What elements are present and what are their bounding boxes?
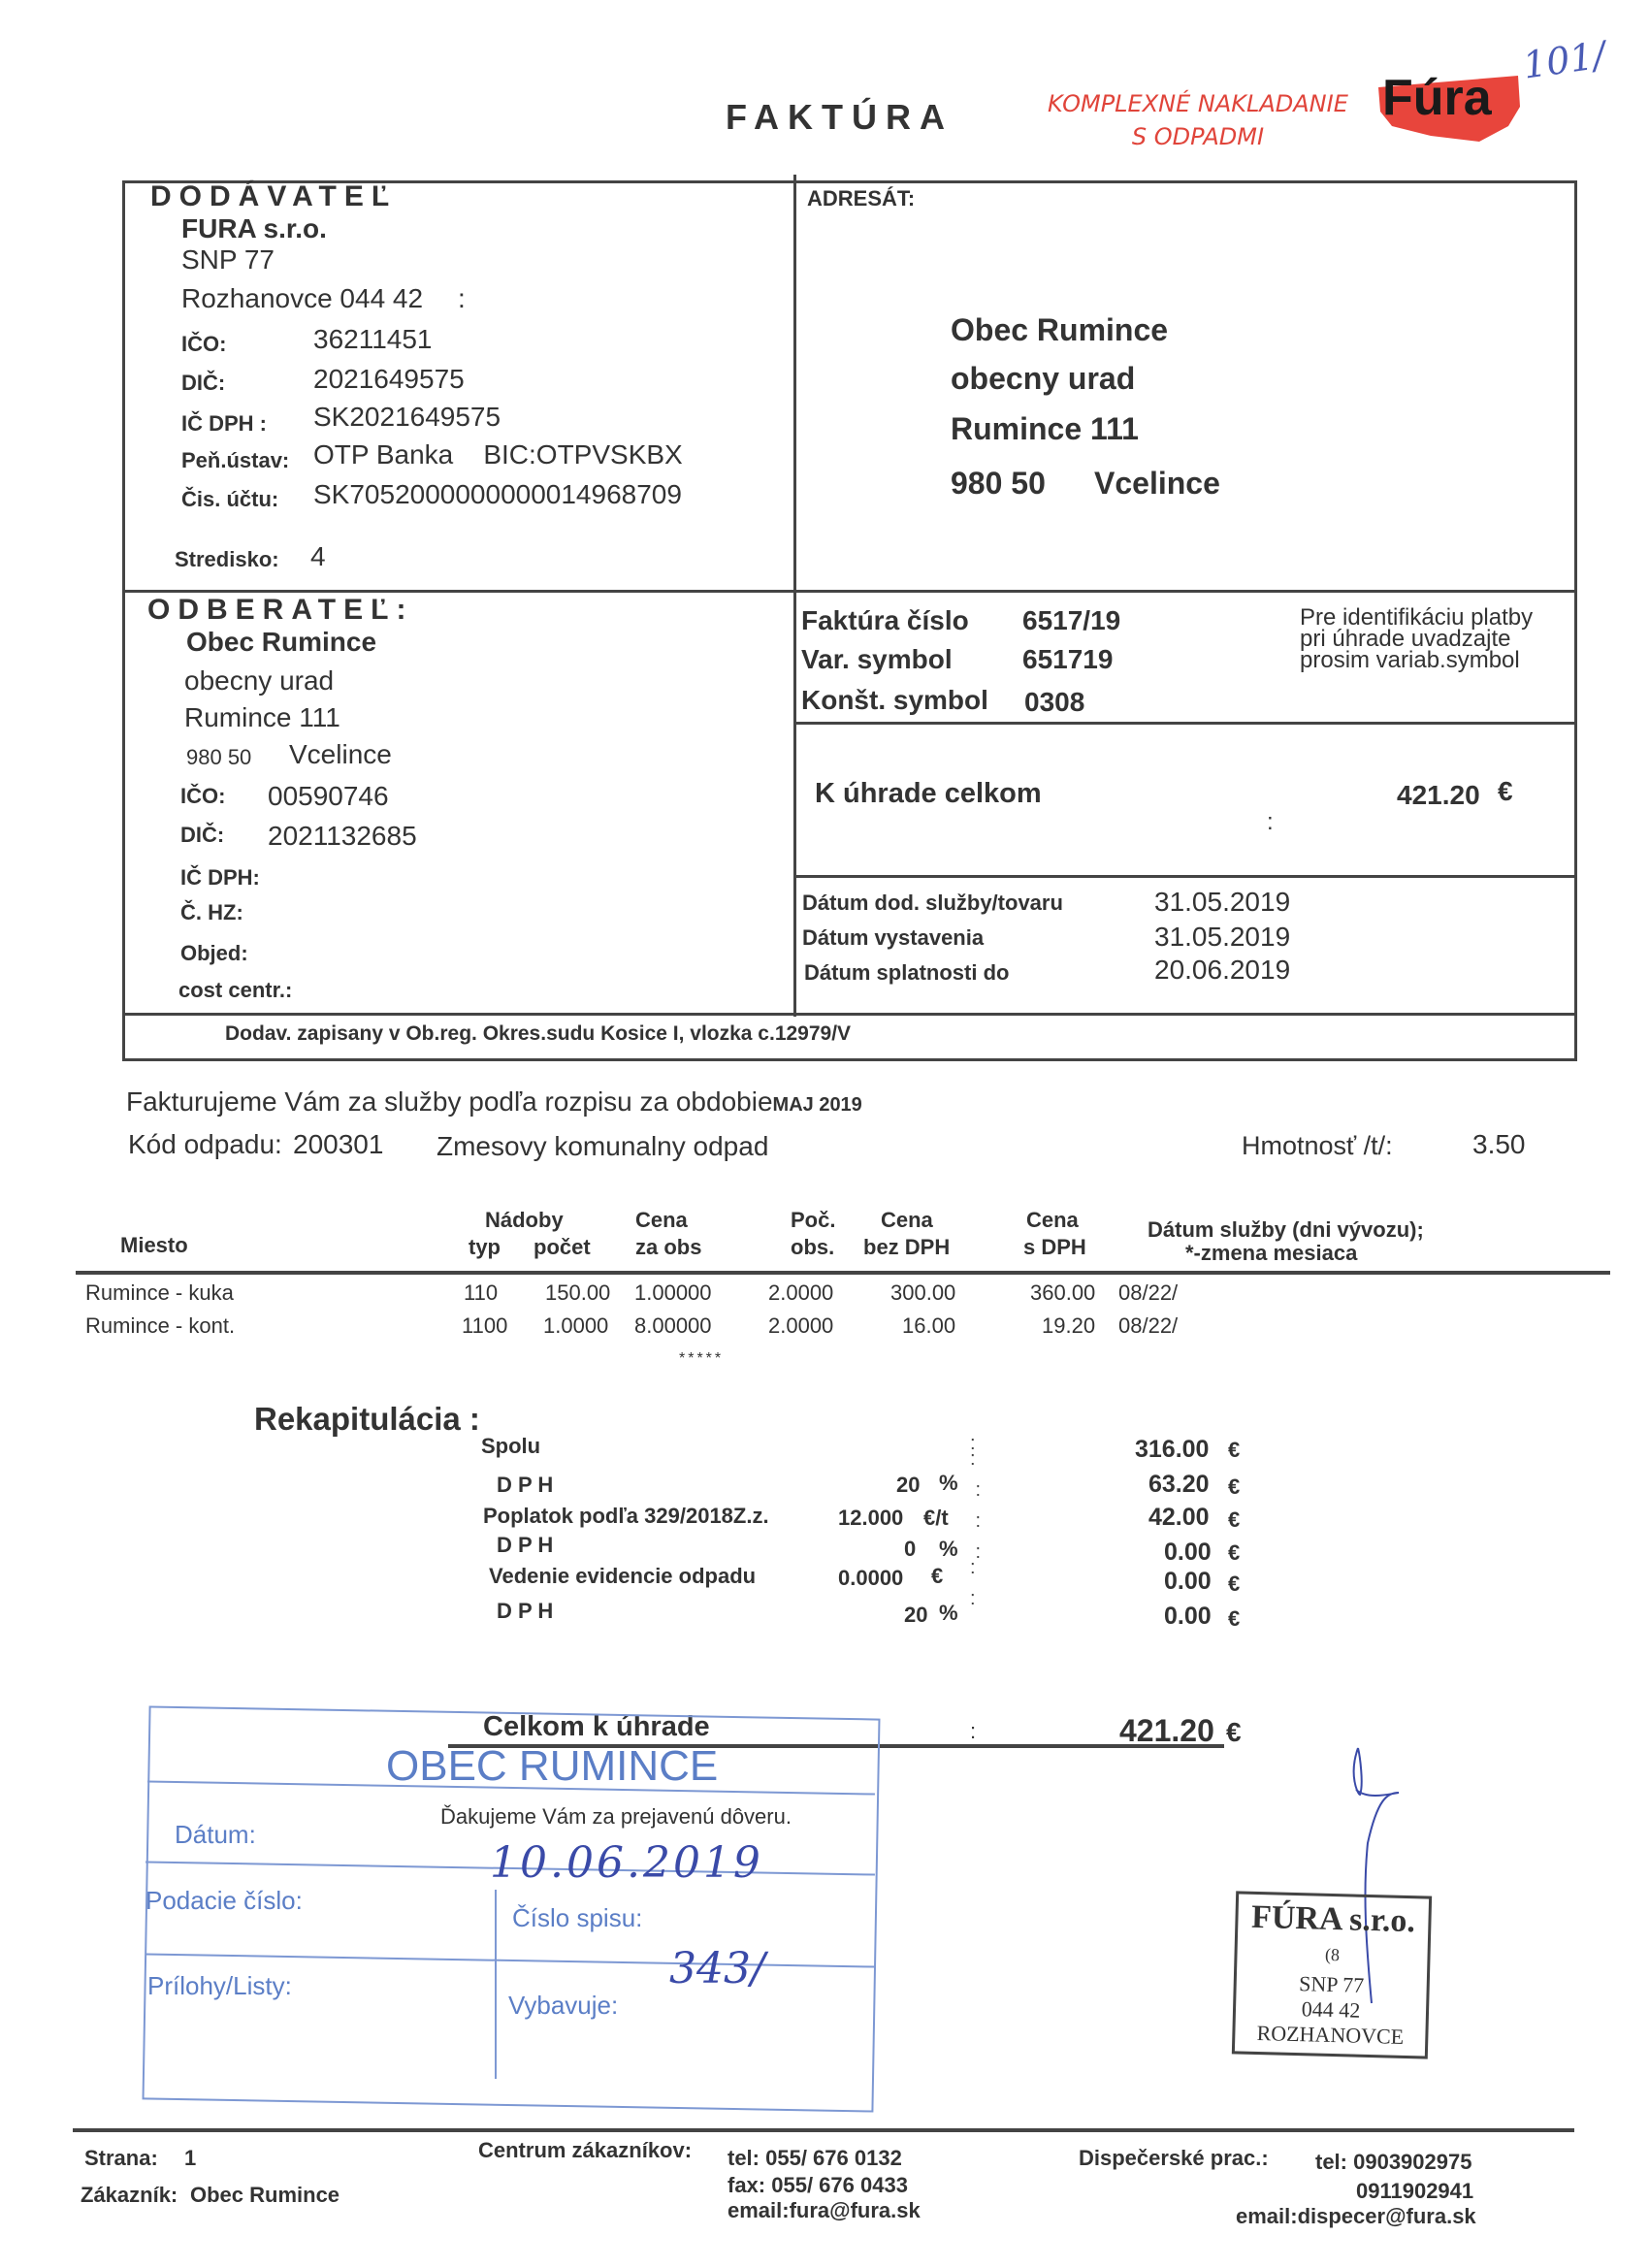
addressee-line-2: obecny urad bbox=[951, 361, 1135, 397]
stamp-date-label: Dátum: bbox=[175, 1820, 256, 1850]
recap-unit: % bbox=[939, 1471, 958, 1496]
cell-price-excl: 16.00 bbox=[902, 1313, 955, 1339]
recap-value: 63.20 bbox=[1148, 1471, 1210, 1499]
footer-rule bbox=[73, 2128, 1574, 2132]
recap-value: 316.00 bbox=[1135, 1436, 1209, 1464]
divider-vertical-top bbox=[793, 175, 796, 592]
recap-label: D P H bbox=[497, 1599, 553, 1624]
recap-value: 0.00 bbox=[1164, 1568, 1212, 1596]
addressee-zip: 980 50 bbox=[951, 466, 1046, 502]
company-slogan: KOMPLEXNÉ NAKLADANIE S ODPADMI bbox=[1048, 87, 1348, 153]
addressee-heading: ADRESÁT: bbox=[807, 186, 915, 211]
supplier-account-label: Čis. účtu: bbox=[181, 487, 278, 512]
supplier-ico-label: IČO: bbox=[181, 332, 226, 357]
recap-label: Poplatok podľa 329/2018Z.z. bbox=[483, 1504, 769, 1529]
stamp-handler-label: Vybavuje: bbox=[508, 1991, 618, 2021]
recap-currency: € bbox=[1228, 1507, 1240, 1533]
slogan-line-2: S ODPADMI bbox=[1048, 120, 1348, 153]
waste-code-label: Kód odpadu: bbox=[128, 1129, 282, 1160]
footer-dispatch-tel1: tel: 0903902975 bbox=[1315, 2150, 1471, 2175]
date-due-value: 20.06.2019 bbox=[1154, 955, 1290, 986]
stamp-attachments-label: Prílohy/Listy: bbox=[147, 1971, 292, 2001]
date-issued-label: Dátum vystavenia bbox=[802, 925, 984, 951]
divider-horizontal-mid bbox=[122, 590, 1574, 593]
date-delivery-value: 31.05.2019 bbox=[1154, 887, 1290, 918]
total-due-colon: : bbox=[1267, 809, 1274, 836]
supplier-bank-value: OTP Banka BIC:OTPVSKBX bbox=[313, 439, 683, 470]
customer-dic-value: 2021132685 bbox=[268, 821, 417, 852]
cell-price-excl: 300.00 bbox=[890, 1280, 955, 1306]
cell-num: 2.0000 bbox=[768, 1280, 833, 1306]
recap-value: 0.00 bbox=[1164, 1603, 1212, 1631]
stamp-date-value: 10.06.2019 bbox=[490, 1838, 763, 1888]
customer-costcenter-label: cost centr.: bbox=[178, 978, 292, 1003]
recap-unit: € bbox=[931, 1564, 943, 1589]
variable-symbol: 651719 bbox=[1022, 644, 1113, 675]
col-header-num-label: Poč. bbox=[791, 1207, 835, 1234]
cell-date: 08/22/ bbox=[1118, 1280, 1178, 1306]
supplier-street: SNP 77 bbox=[181, 244, 275, 275]
recap-currency: € bbox=[1228, 1474, 1240, 1500]
recap-currency: € bbox=[1228, 1438, 1240, 1463]
recap-label: D P H bbox=[497, 1533, 553, 1558]
customer-city: Vcelince bbox=[289, 739, 392, 770]
recap-label: Vedenie evidencie odpadu bbox=[489, 1564, 756, 1589]
footer-customer: Obec Rumince bbox=[190, 2183, 339, 2208]
footer-center-email: email:fura@fura.sk bbox=[727, 2198, 921, 2223]
supplier-city-colon: : bbox=[458, 283, 466, 314]
registration-note: Dodav. zapisany v Ob.reg. Okres.sudu Kos… bbox=[225, 1022, 851, 1046]
cell-location: Rumince - kont. bbox=[85, 1313, 235, 1339]
col-header-price-per: za obs bbox=[635, 1234, 701, 1261]
divider-horizontal-dates bbox=[793, 875, 1574, 878]
cell-type: 110 bbox=[464, 1280, 498, 1306]
divider-horizontal-registration bbox=[122, 1013, 1574, 1016]
supplier-ico-value: 36211451 bbox=[313, 324, 433, 355]
date-delivery-label: Dátum dod. služby/tovaru bbox=[802, 891, 1063, 916]
handwritten-reference: 101/ bbox=[1520, 33, 1608, 86]
cell-count: 150.00 bbox=[545, 1280, 610, 1306]
waste-code: 200301 bbox=[293, 1129, 383, 1160]
cell-num: 2.0000 bbox=[768, 1313, 833, 1339]
company-stamp-name: FÚRA s.r.o. bbox=[1251, 1899, 1416, 1939]
recap-label: D P H bbox=[497, 1473, 553, 1498]
document-title: FAKTÚRA bbox=[726, 97, 954, 138]
billing-period: MAJ 2019 bbox=[773, 1094, 862, 1116]
addressee-line-3: Rumince 111 bbox=[951, 411, 1139, 447]
supplier-center-label: Stredisko: bbox=[175, 547, 279, 572]
invoice-number-label: Faktúra číslo bbox=[801, 605, 969, 636]
recap-currency: € bbox=[1228, 1571, 1240, 1597]
supplier-city: Rozhanovce 044 42 bbox=[181, 283, 423, 314]
customer-ico-value: 00590746 bbox=[268, 781, 389, 812]
stamp-title: OBEC RUMINCE bbox=[386, 1742, 718, 1791]
customer-ico-label: IČO: bbox=[180, 784, 225, 809]
footer-center-label: Centrum zákazníkov: bbox=[478, 2138, 692, 2163]
customer-line-2: obecny urad bbox=[184, 665, 334, 697]
footer-dispatch-tel2: 0911902941 bbox=[1356, 2179, 1473, 2204]
date-issued-value: 31.05.2019 bbox=[1154, 922, 1290, 953]
customer-zip: 980 50 bbox=[186, 745, 251, 770]
cell-date: 08/22/ bbox=[1118, 1313, 1178, 1339]
supplier-heading: DODÁVATEĽ bbox=[150, 180, 397, 213]
svg-text:Fúra: Fúra bbox=[1382, 70, 1493, 126]
recap-value: 0.00 bbox=[1164, 1539, 1212, 1567]
footer-dispatch-label: Dispečerské prac.: bbox=[1079, 2146, 1269, 2171]
recap-colons: :: : : :: : bbox=[970, 1436, 981, 1606]
col-header-type: typ bbox=[469, 1234, 501, 1261]
constant-symbol-label: Konšt. symbol bbox=[801, 685, 988, 716]
cell-count: 1.0000 bbox=[543, 1313, 608, 1339]
customer-line-3: Rumince 111 bbox=[184, 702, 340, 733]
recap-value: 42.00 bbox=[1148, 1504, 1210, 1532]
recap-rate: 0.0000 bbox=[838, 1566, 903, 1591]
customer-order-label: Objed: bbox=[180, 941, 248, 966]
col-header-price-incl-label: Cena bbox=[1026, 1207, 1079, 1234]
divider-vertical-bottom bbox=[793, 590, 796, 1017]
supplier-bank-label: Peň.ústav: bbox=[181, 448, 289, 473]
footer-page-label: Strana: bbox=[84, 2146, 158, 2171]
cell-price-incl: 19.20 bbox=[1042, 1313, 1095, 1339]
footer-customer-label: Zákazník: bbox=[81, 2183, 178, 2208]
cell-price-incl: 360.00 bbox=[1030, 1280, 1095, 1306]
weight-label: Hmotnosť /t/: bbox=[1242, 1131, 1393, 1161]
supplier-icdph-value: SK2021649575 bbox=[313, 402, 501, 433]
variable-symbol-label: Var. symbol bbox=[801, 644, 953, 675]
table-header-rule bbox=[76, 1271, 1610, 1275]
customer-heading: ODBERATEĽ: bbox=[147, 594, 413, 627]
thank-you-note: Ďakujeme Vám za prejavenú dôveru. bbox=[440, 1804, 792, 1830]
stamp-file-label: Číslo spisu: bbox=[512, 1903, 642, 1933]
supplier-account-value: SK7052000000000014968709 bbox=[313, 479, 682, 510]
grand-total-currency: € bbox=[1226, 1717, 1242, 1748]
customer-dic-label: DIČ: bbox=[180, 823, 224, 848]
fura-logo-icon: Fúra bbox=[1373, 68, 1523, 146]
supplier-name: FURA s.r.o. bbox=[181, 213, 327, 244]
supplier-icdph-label: IČ DPH : bbox=[181, 411, 267, 437]
addressee-city: Vcelince bbox=[1094, 466, 1220, 502]
col-header-price-excl: bez DPH bbox=[863, 1234, 950, 1261]
payment-note: Pre identifikáciu platby pri úhrade uvad… bbox=[1300, 607, 1533, 671]
table-end-marker: ***** bbox=[679, 1350, 724, 1368]
customer-hz-label: Č. HZ: bbox=[180, 900, 243, 925]
col-header-price-excl-label: Cena bbox=[881, 1207, 933, 1234]
recap-unit: % bbox=[939, 1601, 958, 1626]
footer-page: 1 bbox=[184, 2146, 196, 2171]
recap-rate: 20 bbox=[896, 1473, 920, 1498]
customer-name: Obec Rumince bbox=[186, 627, 376, 658]
col-header-containers: Nádoby bbox=[485, 1207, 564, 1234]
col-header-num: obs. bbox=[791, 1234, 834, 1261]
company-stamp-city: 044 42 ROZHANOVCE bbox=[1246, 1995, 1414, 2050]
recap-heading: Rekapitulácia : bbox=[254, 1401, 480, 1438]
waste-name: Zmesovy komunalny odpad bbox=[436, 1131, 768, 1162]
supplier-dic-label: DIČ: bbox=[181, 371, 225, 396]
recap-unit: % bbox=[939, 1537, 958, 1562]
footer-center-fax: fax: 055/ 676 0433 bbox=[727, 2173, 908, 2198]
date-due-label: Dátum splatnosti do bbox=[804, 960, 1009, 986]
cell-type: 1100 bbox=[462, 1313, 507, 1339]
grand-total-colon: : bbox=[970, 1719, 976, 1744]
stamp-filing-label: Podacie číslo: bbox=[145, 1886, 303, 1916]
supplier-dic-value: 2021649575 bbox=[313, 364, 465, 395]
divider-horizontal-symbols bbox=[793, 722, 1574, 725]
cell-location: Rumince - kuka bbox=[85, 1280, 234, 1306]
cell-price-per: 8.00000 bbox=[634, 1313, 712, 1339]
col-header-price-incl: s DPH bbox=[1023, 1234, 1086, 1261]
total-due-currency: € bbox=[1498, 776, 1513, 807]
fura-logo: Fúra bbox=[1373, 68, 1523, 146]
billing-intro: Fakturujeme Vám za služby podľa rozpisu … bbox=[126, 1086, 862, 1118]
col-header-date-note: *-zmena mesiaca bbox=[1185, 1240, 1357, 1267]
col-header-location: Miesto bbox=[120, 1232, 188, 1259]
recap-currency: € bbox=[1228, 1606, 1240, 1632]
recap-currency: € bbox=[1228, 1540, 1240, 1566]
total-due-value: 421.20 bbox=[1397, 780, 1480, 811]
weight-value: 3.50 bbox=[1472, 1129, 1526, 1160]
col-header-price-label: Cena bbox=[635, 1207, 688, 1234]
addressee-line-1: Obec Rumince bbox=[951, 312, 1168, 348]
recap-rate: 20 bbox=[904, 1603, 927, 1628]
recap-rate: 0 bbox=[904, 1537, 916, 1562]
company-stamp: FÚRA s.r.o. (8 SNP 77 044 42 ROZHANOVCE bbox=[1232, 1891, 1432, 2058]
invoice-number: 6517/19 bbox=[1022, 605, 1120, 636]
recap-label: Spolu bbox=[481, 1434, 540, 1459]
stamp-divider bbox=[495, 1890, 497, 2079]
cell-price-per: 1.00000 bbox=[634, 1280, 712, 1306]
total-due-label: K úhrade celkom bbox=[815, 778, 1042, 810]
customer-icdph-label: IČ DPH: bbox=[180, 865, 260, 891]
col-header-count: počet bbox=[533, 1234, 591, 1261]
constant-symbol: 0308 bbox=[1024, 687, 1084, 718]
stamp-file-value: 343/ bbox=[669, 1944, 765, 1993]
footer-center-tel: tel: 055/ 676 0132 bbox=[727, 2146, 902, 2171]
recap-unit: €/t bbox=[923, 1506, 949, 1531]
footer-dispatch-email: email:dispecer@fura.sk bbox=[1236, 2204, 1476, 2229]
slogan-line-1: KOMPLEXNÉ NAKLADANIE bbox=[1048, 87, 1348, 120]
supplier-center-value: 4 bbox=[310, 541, 326, 572]
recap-rate: 12.000 bbox=[838, 1506, 903, 1531]
